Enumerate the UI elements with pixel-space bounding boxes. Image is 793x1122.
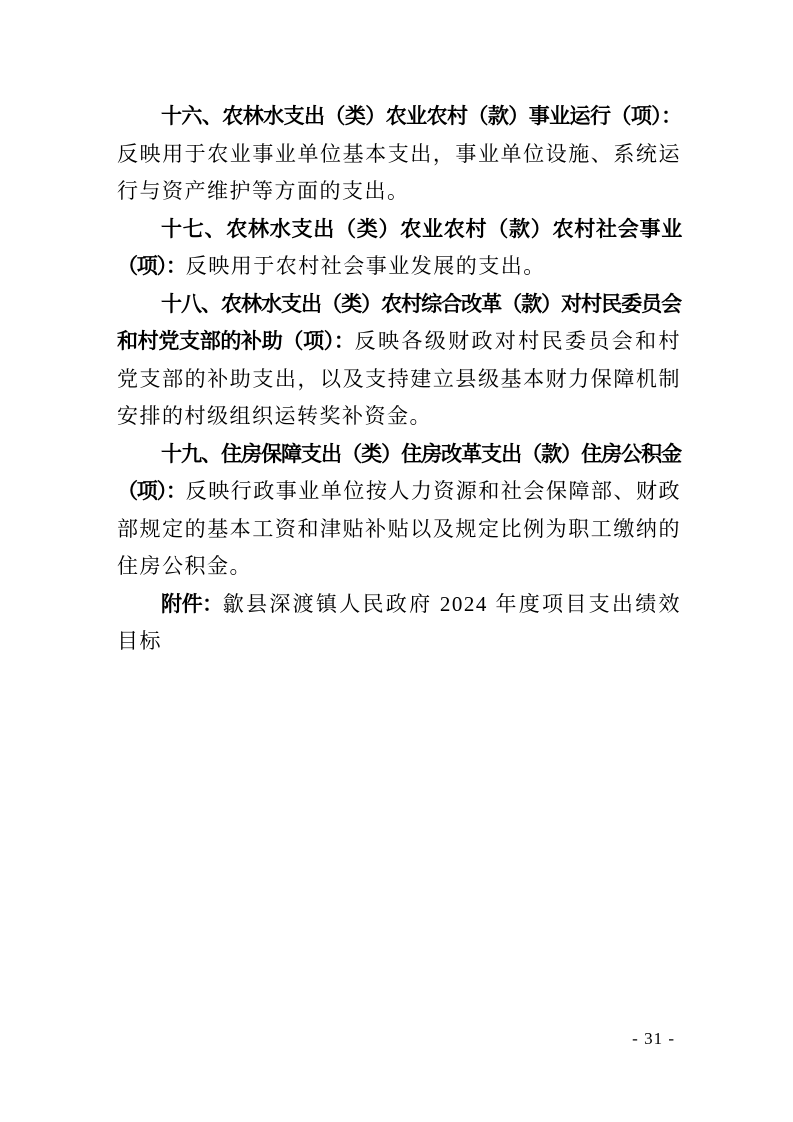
attachment-line: 附件：歙县深渡镇人民政府 2024 年度项目支出绩效目标 bbox=[117, 586, 681, 661]
document-body: 十六、农林水支出（类）农业农村（款）事业运行（项）：反映用于农业事业单位基本支出… bbox=[117, 98, 681, 661]
paragraph-16-body: 反映用于农业事业单位基本支出，事业单位设施、系统运行与资产维护等方面的支出。 bbox=[117, 142, 681, 204]
paragraph-item-18: 十八、农林水支出（类）农村综合改革（款）对村民委员会和村党支部的补助（项）：反映… bbox=[117, 286, 681, 436]
paragraph-19-body: 反映行政事业单位按人力资源和社会保障部、财政部规定的基本工资和津贴补贴以及规定比… bbox=[117, 479, 681, 578]
document-page: 十六、农林水支出（类）农业农村（款）事业运行（项）：反映用于农业事业单位基本支出… bbox=[0, 0, 793, 1122]
paragraph-item-16: 十六、农林水支出（类）农业农村（款）事业运行（项）：反映用于农业事业单位基本支出… bbox=[117, 98, 681, 211]
paragraph-item-19: 十九、住房保障支出（类）住房改革支出（款）住房公积金（项）：反映行政事业单位按人… bbox=[117, 436, 681, 586]
paragraph-item-17: 十七、农林水支出（类）农业农村（款）农村社会事业（项）：反映用于农村社会事业发展… bbox=[117, 211, 681, 286]
paragraph-17-body: 反映用于农村社会事业发展的支出。 bbox=[186, 254, 546, 278]
attachment-label: 附件： bbox=[161, 593, 223, 616]
page-number: - 31 - bbox=[632, 1029, 675, 1049]
paragraph-16-heading: 十六、农林水支出（类）农业农村（款）事业运行（项）： bbox=[161, 105, 681, 128]
